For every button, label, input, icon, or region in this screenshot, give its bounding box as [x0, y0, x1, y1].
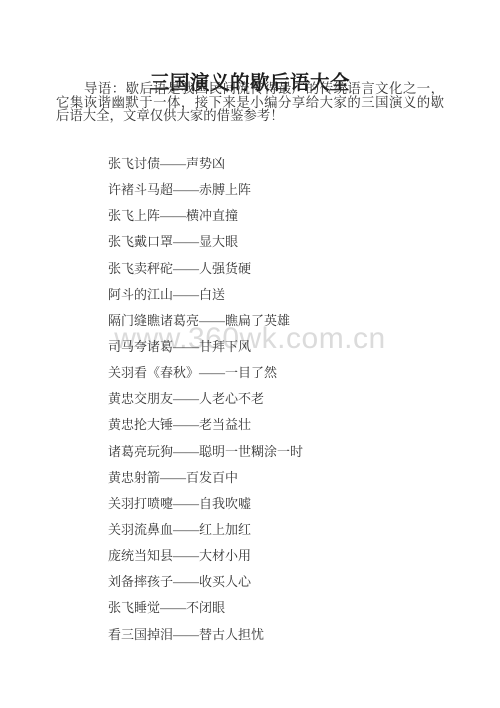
list-item: 张飞讨债——声势凶: [108, 151, 303, 177]
list-item: 黄忠交朋友——人老心不老: [108, 386, 303, 412]
list-item: 阿斗的江山——白送: [108, 282, 303, 308]
list-item: 黄忠抡大锤——老当益壮: [108, 412, 303, 438]
list-item: 关羽流鼻血——红上加红: [108, 517, 303, 543]
list-item: 司马夸诸葛——甘拜下风: [108, 334, 303, 360]
list-item: 庞统当知县——大材小用: [108, 543, 303, 569]
list-item: 看三国掉泪——替古人担忧: [108, 622, 303, 648]
list-item: 张飞上阵——横冲直撞: [108, 203, 303, 229]
list-item: 张飞睡觉——不闭眼: [108, 595, 303, 621]
list-item: 诸葛亮玩狗——聪明一世糊涂一时: [108, 439, 303, 465]
xiehouyu-list: 张飞讨债——声势凶 许褚斗马超——赤膊上阵 张飞上阵——横冲直撞 张飞戴口罩——…: [108, 151, 303, 648]
list-item: 黄忠射箭——百发百中: [108, 465, 303, 491]
intro-paragraph: 导语：歇后语是我国民间流传得最广的传统语言文化之一，它集诙谐幽默于一体，接下来是…: [56, 82, 444, 123]
list-item: 许褚斗马超——赤膊上阵: [108, 177, 303, 203]
list-item: 关羽看《春秋》——一目了然: [108, 360, 303, 386]
list-item: 张飞戴口罩——显大眼: [108, 229, 303, 255]
list-item: 张飞卖秤砣——人强货硬: [108, 256, 303, 282]
list-item: 隔门缝瞧诸葛亮——瞧扁了英雄: [108, 308, 303, 334]
list-item: 关羽打喷嚏——自我吹嘘: [108, 491, 303, 517]
list-item: 刘备摔孩子——收买人心: [108, 569, 303, 595]
